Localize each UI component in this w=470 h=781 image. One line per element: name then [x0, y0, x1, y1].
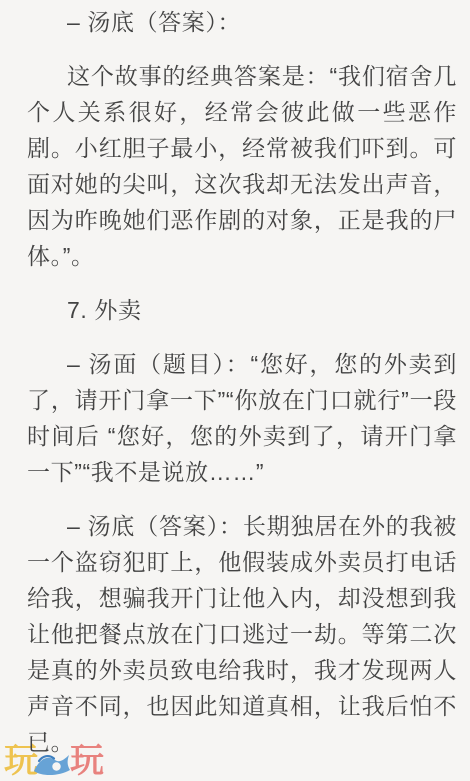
article-screen: { "page": { "background_color": "#f6f5f3…	[0, 0, 470, 781]
paragraph-soup-answer-label: – 汤底（答案）：	[27, 4, 457, 40]
article-content[interactable]: – 汤底（答案）： 这个故事的经典答案是：“我们宿舍几个人关系很好，经常会彼此做…	[0, 0, 470, 760]
heading-puzzle-7-takeout: 7. 外卖	[27, 292, 457, 328]
paragraph-classic-answer: 这个故事的经典答案是：“我们宿舍几个人关系很好，经常会彼此做一些恶作剧。小红胆子…	[27, 58, 457, 274]
paragraph-soup-question-7: – 汤面（题目）：“您好，您的外卖到了，请开门拿一下”“你放在门口就行”一段时间…	[27, 346, 457, 490]
paragraph-soup-answer-7: – 汤底（答案）：长期独居在外的我被一个盗窃犯盯上，他假装成外卖员打电话给我，想…	[27, 508, 457, 760]
